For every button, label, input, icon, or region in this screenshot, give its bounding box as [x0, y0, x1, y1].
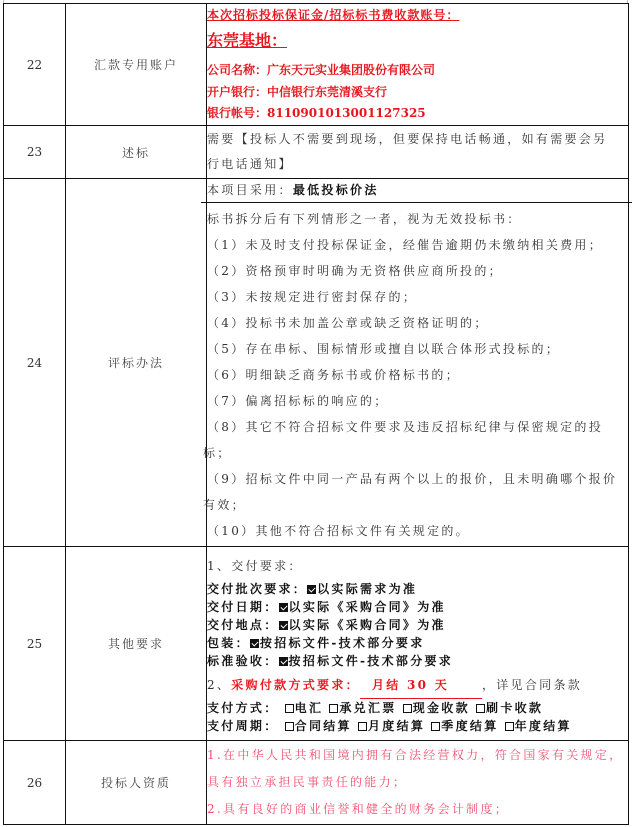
payment-method-option: 电汇 [295, 701, 324, 715]
delivery-item: 交付地点：以实际《采购合同》为准 [207, 616, 628, 634]
checkbox-checked-icon[interactable] [279, 657, 288, 666]
row-number: 23 [4, 126, 66, 179]
checkbox-icon[interactable] [285, 704, 294, 713]
checkbox-icon[interactable] [329, 704, 338, 713]
table-row-24: 24 评标办法 本项目采用：最低投标价法 标书拆分后有下列情形之一者，视为无效投… [4, 179, 629, 547]
condition-item: 标； [203, 440, 628, 466]
row-number: 25 [4, 547, 66, 741]
condition-item: （1）未及时支付投标保证金，经催告逾期仍未缴纳相关费用； [207, 232, 628, 258]
delivery-key: 包装： [207, 636, 250, 650]
payment-method-option: 承兑汇票 [339, 701, 396, 715]
bank-name: 开户银行：中信银行东莞清溪支行 [207, 82, 628, 103]
payment-methods: 支付方式： 电汇 承兑汇票 现金收款 刷卡收款 [207, 699, 628, 717]
bid-requirements-table: 22 汇款专用账户 本次招标投标保证金/招标标书费收款账号： 东莞基地： 公司名… [3, 3, 629, 825]
other-requirements: 1、交付要求： 交付批次要求：以实际需求为准 交付日期：以实际《采购合同》为准 … [207, 547, 629, 741]
delivery-key: 标准验收： [207, 654, 279, 668]
company-name: 公司名称：广东天元实业集团股份有限公司 [207, 58, 628, 82]
payment-method-option: 刷卡收款 [486, 701, 543, 715]
table-row-26: 26 投标人资质 1.在中华人民共和国境内拥有合法经营权力，符合国家有关规定， … [4, 741, 629, 825]
payment-period-option: 月度结算 [368, 719, 425, 733]
bidder-qualifications: 1.在中华人民共和国境内拥有合法经营权力，符合国家有关规定， 具有独立承担民事责… [207, 741, 629, 825]
delivery-value: 以实际《采购合同》为准 [289, 600, 446, 614]
row-number: 26 [4, 741, 66, 825]
qualification-item: 2.具有良好的商业信誉和健全的财务会计制度； [207, 796, 628, 823]
payment-period-option: 季度结算 [441, 719, 498, 733]
method-line: 本项目采用：最低投标价法 [207, 179, 628, 202]
delivery-key: 交付地点： [207, 618, 279, 632]
delivery-item: 标准验收：按招标文件-技术部分要求 [207, 652, 628, 670]
payment-terms: 2、采购付款方式要求：月结 30 天，详见合同条款 [207, 672, 628, 699]
table-row-25: 25 其他要求 1、交付要求： 交付批次要求：以实际需求为准 交付日期：以实际《… [4, 547, 629, 741]
delivery-value: 按招标文件-技术部分要求 [289, 654, 454, 668]
payment-label: 采购付款方式要求： [231, 678, 360, 692]
conditions-intro: 标书拆分后有下列情形之一者，视为无效投标书： [207, 206, 628, 232]
delivery-item: 交付批次要求：以实际需求为准 [207, 580, 628, 598]
delivery-section-title: 1、交付要求： [207, 552, 628, 580]
account-heading: 本次招标投标保证金/招标标书费收款账号： [207, 6, 628, 24]
row-number: 24 [4, 179, 66, 547]
payment-suffix: ，详见合同条款 [482, 678, 582, 692]
payment-value: 月结 30 天 [360, 672, 482, 699]
checkbox-icon[interactable] [285, 722, 294, 731]
account-info: 本次招标投标保证金/招标标书费收款账号： 东莞基地： 公司名称：广东天元实业集团… [207, 4, 629, 126]
presentation-text: 需要【投标人不需要到现场，但要保持电话畅通，如有需要会另 [207, 127, 628, 152]
condition-item: （2）资格预审时明确为无资格供应商所投的； [207, 258, 628, 284]
row-label: 汇款专用账户 [66, 4, 207, 126]
delivery-item: 交付日期：以实际《采购合同》为准 [207, 598, 628, 616]
method-prefix: 本项目采用： [207, 183, 293, 197]
payment-method-label: 支付方式： [207, 701, 279, 715]
presentation-text: 行电话通知】 [207, 152, 628, 177]
presentation-info: 需要【投标人不需要到现场，但要保持电话畅通，如有需要会另 行电话通知】 [207, 126, 629, 179]
qualification-item: 1.在中华人民共和国境内拥有合法经营权力，符合国家有关规定， [207, 742, 628, 769]
condition-item: （6）明细缺乏商务标书或价格标书的； [207, 362, 628, 388]
payment-method-option: 现金收款 [413, 701, 470, 715]
row-label: 评标办法 [66, 179, 207, 547]
payment-period-label: 支付周期： [207, 719, 279, 733]
invalid-bid-conditions: 标书拆分后有下列情形之一者，视为无效投标书： （1）未及时支付投标保证金，经催告… [201, 202, 632, 544]
condition-item: （3）未按规定进行密封保存的； [207, 284, 628, 310]
condition-item: （10）其他不符合招标文件有关规定的。 [207, 518, 628, 544]
checkbox-icon[interactable] [358, 722, 367, 731]
condition-item: （9）招标文件中同一产品有两个以上的报价，且未明确哪个报价 [207, 466, 628, 492]
table-row-22: 22 汇款专用账户 本次招标投标保证金/招标标书费收款账号： 东莞基地： 公司名… [4, 4, 629, 126]
checkbox-icon[interactable] [403, 704, 412, 713]
payment-period-option: 年度结算 [515, 719, 572, 733]
condition-item: （4）投标书未加盖公章或缺乏资格证明的； [207, 310, 628, 336]
method-value: 最低投标价法 [293, 183, 379, 197]
delivery-value: 以实际需求为准 [317, 582, 417, 596]
delivery-key: 交付日期： [207, 600, 279, 614]
delivery-value: 按招标文件-技术部分要求 [260, 636, 425, 650]
condition-item: （8）其它不符合招标文件要求及违反招标纪律与保密规定的投 [207, 414, 628, 440]
checkbox-checked-icon[interactable] [279, 603, 288, 612]
payment-period-option: 合同结算 [295, 719, 352, 733]
evaluation-method: 本项目采用：最低投标价法 标书拆分后有下列情形之一者，视为无效投标书： （1）未… [207, 179, 629, 547]
row-label: 其他要求 [66, 547, 207, 741]
row-number: 22 [4, 4, 66, 126]
checkbox-checked-icon[interactable] [279, 621, 288, 630]
checkbox-icon[interactable] [505, 722, 514, 731]
payment-periods: 支付周期： 合同结算 月度结算 季度结算 年度结算 [207, 717, 628, 735]
delivery-key: 交付批次要求： [207, 582, 307, 596]
table-row-23: 23 述标 需要【投标人不需要到现场，但要保持电话畅通，如有需要会另 行电话通知… [4, 126, 629, 179]
qualification-item: 具有独立承担民事责任的能力； [207, 769, 628, 796]
checkbox-checked-icon[interactable] [307, 585, 316, 594]
delivery-list: 交付批次要求：以实际需求为准 交付日期：以实际《采购合同》为准 交付地点：以实际… [207, 580, 628, 670]
row-label: 投标人资质 [66, 741, 207, 825]
condition-item: （7）偏离招标标的响应的； [207, 388, 628, 414]
checkbox-checked-icon[interactable] [250, 639, 259, 648]
delivery-item: 包装：按招标文件-技术部分要求 [207, 634, 628, 652]
checkbox-icon[interactable] [431, 722, 440, 731]
bank-account: 银行帐号：8110901013001127325 [207, 103, 628, 124]
condition-item: （5）存在串标、围标情形或擅自以联合体形式投标的； [207, 336, 628, 362]
delivery-value: 以实际《采购合同》为准 [289, 618, 446, 632]
condition-item: 有效； [203, 492, 628, 518]
checkbox-icon[interactable] [476, 704, 485, 713]
base-name: 东莞基地： [207, 26, 628, 56]
row-label: 述标 [66, 126, 207, 179]
payment-prefix: 2、 [207, 678, 231, 692]
